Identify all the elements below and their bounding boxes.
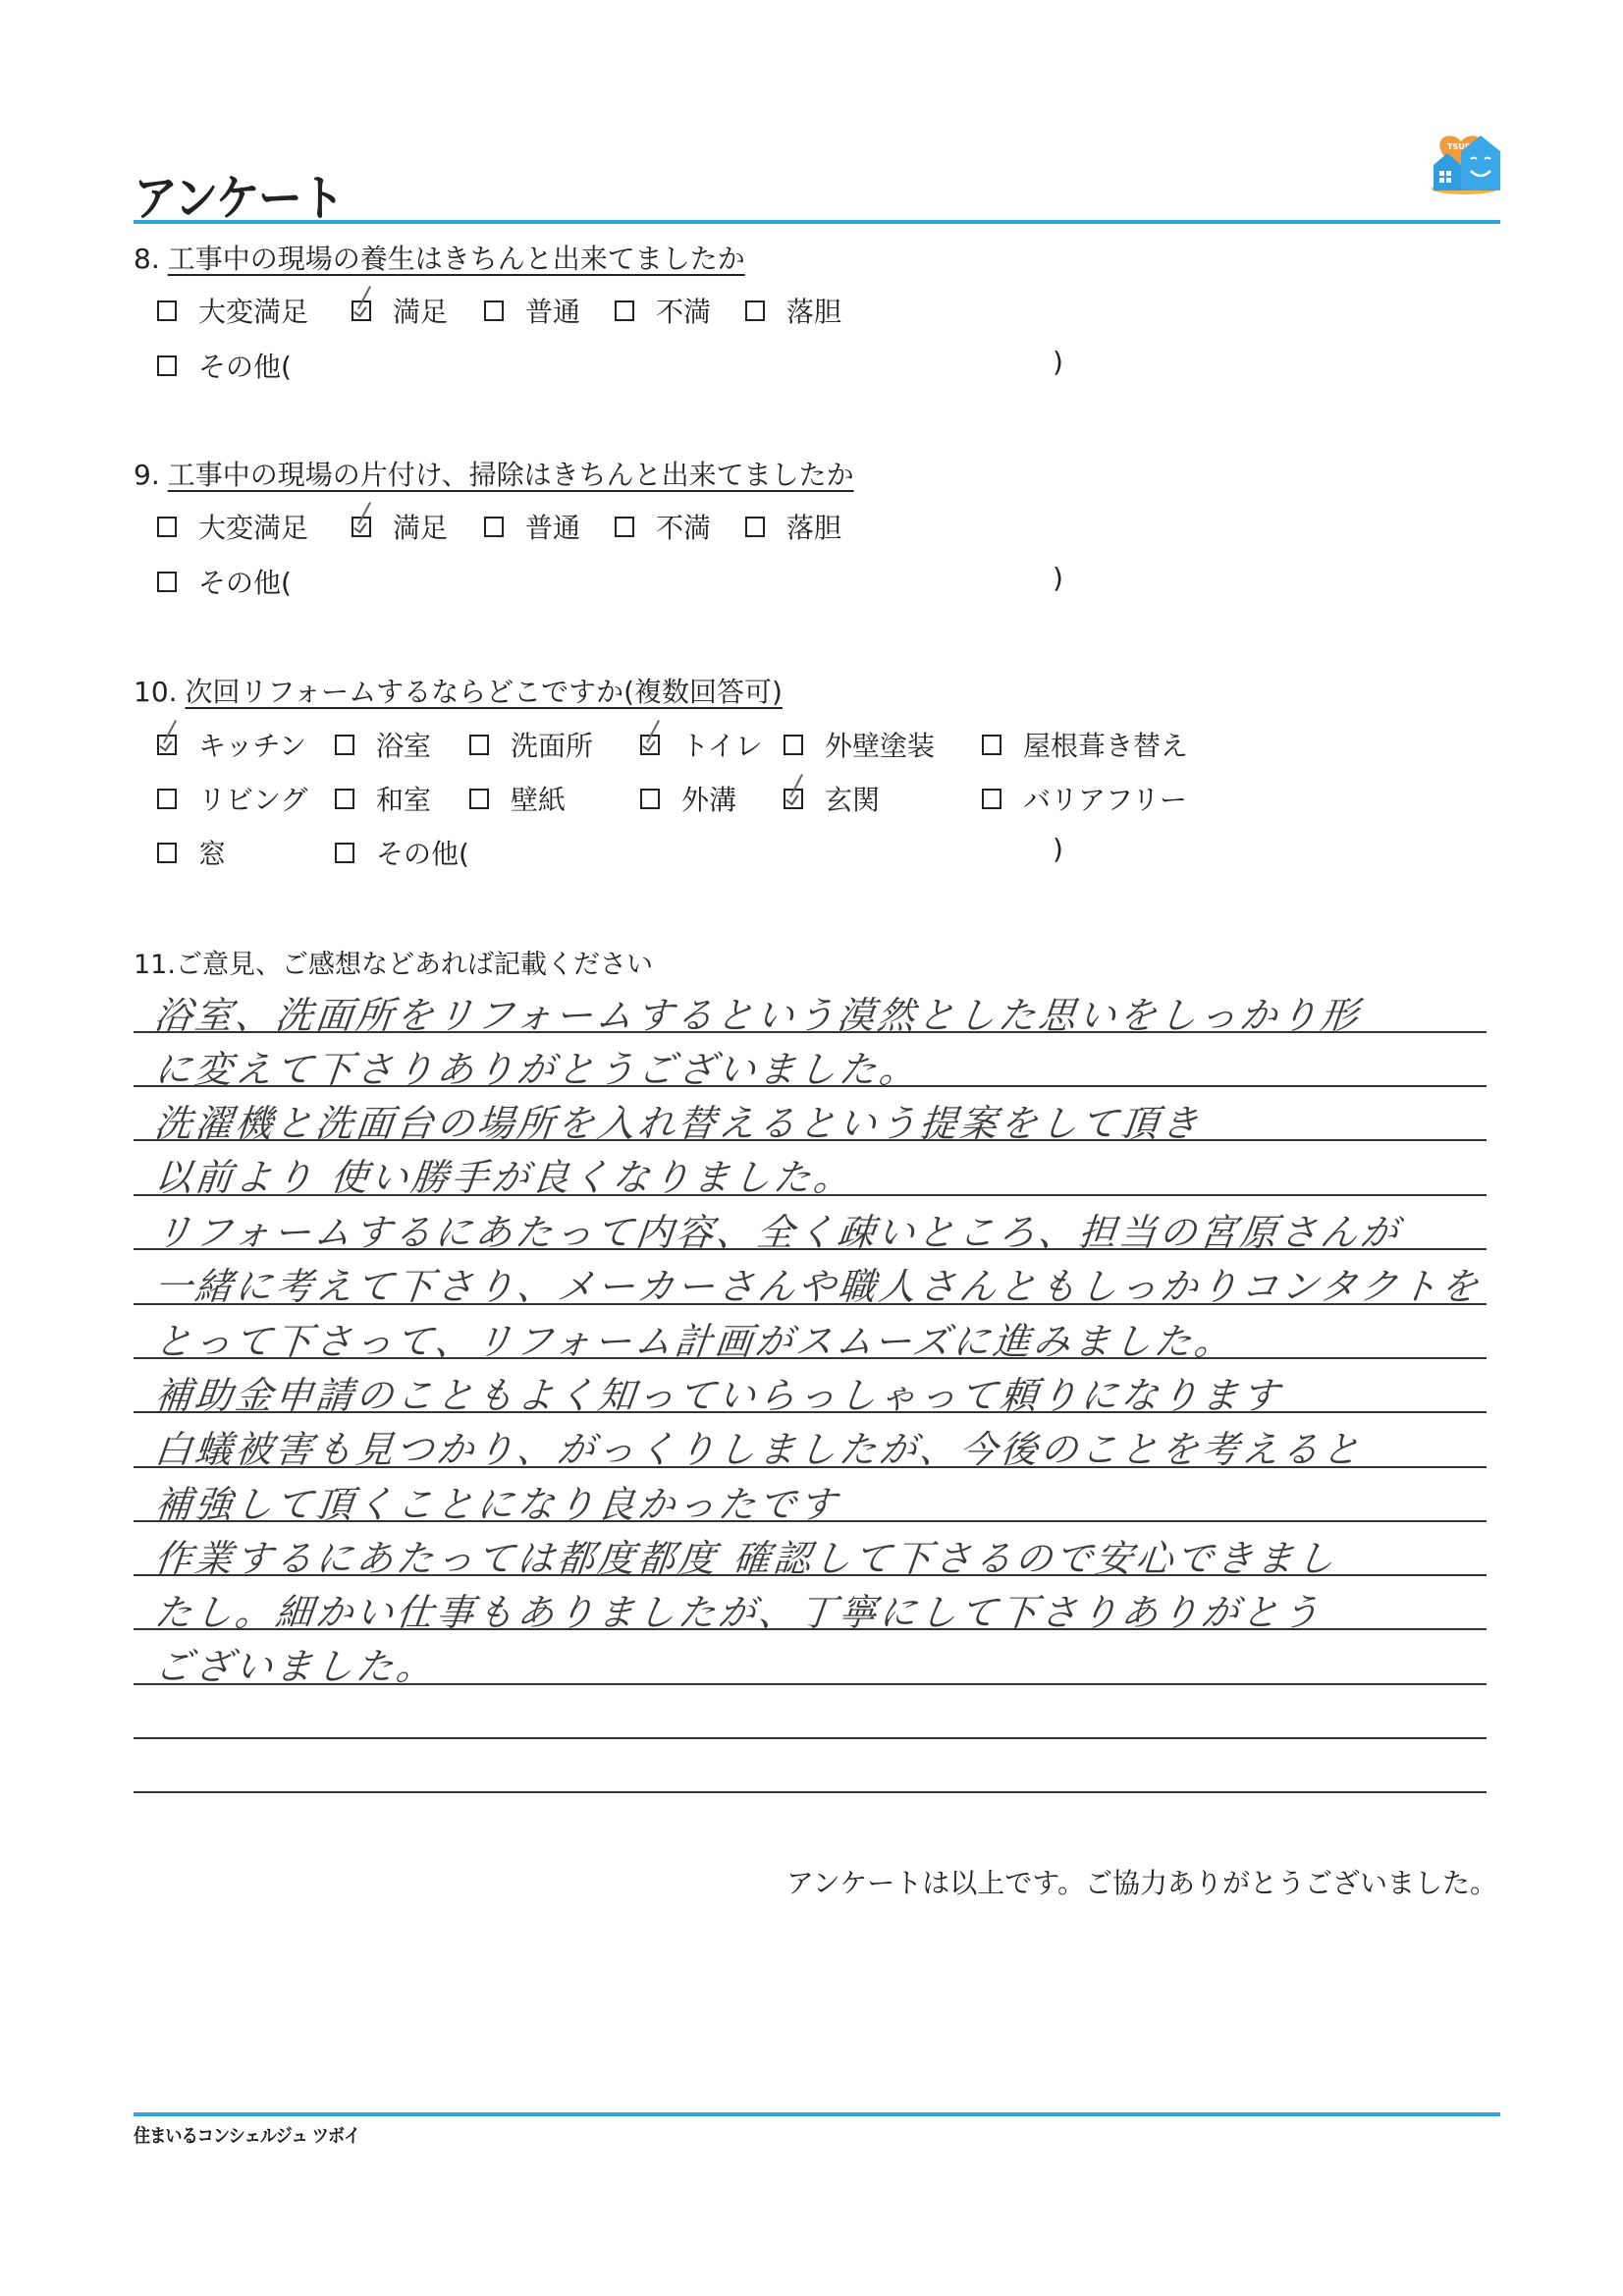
- option-label: 落胆: [786, 507, 841, 546]
- option-window[interactable]: 窓: [157, 833, 226, 872]
- handwritten-line: 以前より 使い勝手が良くなりました。: [152, 1147, 857, 1201]
- checkbox-checked[interactable]: [157, 735, 177, 755]
- option-wallpaper[interactable]: 壁紙: [469, 779, 566, 818]
- ruled-line: [134, 1628, 1487, 1630]
- ruled-line: [134, 1085, 1487, 1087]
- header-divider: [134, 220, 1500, 224]
- option-exterior-structure[interactable]: 外溝: [640, 779, 736, 818]
- checkbox[interactable]: [157, 843, 177, 863]
- checkbox-checked[interactable]: [352, 301, 371, 321]
- checkbox[interactable]: [157, 355, 177, 376]
- option-normal[interactable]: 普通: [484, 291, 580, 330]
- option-normal[interactable]: 普通: [484, 507, 580, 546]
- footer-divider: [134, 2112, 1500, 2116]
- option-satisfied[interactable]: 満足: [352, 291, 448, 330]
- ruled-line: [134, 1737, 1487, 1739]
- checkbox[interactable]: [982, 789, 1001, 809]
- checkbox[interactable]: [784, 735, 803, 755]
- question-number: 9.: [134, 459, 160, 491]
- option-exterior-paint[interactable]: 外壁塗装: [784, 725, 935, 764]
- ruled-line: [134, 1248, 1487, 1250]
- option-other[interactable]: その他(: [157, 562, 292, 601]
- question-8: 8.工事中の現場の養生はきちんと出来てましたか: [134, 238, 745, 277]
- option-label: 浴室: [376, 725, 431, 764]
- option-label: 壁紙: [511, 779, 566, 818]
- option-dissatisfied[interactable]: 不満: [615, 507, 711, 546]
- option-disappointed[interactable]: 落胆: [745, 507, 841, 546]
- question-11: 11.ご意見、ご感想などあれば記載ください: [134, 943, 653, 981]
- option-label: その他(: [376, 833, 469, 872]
- option-label: 不満: [656, 507, 711, 546]
- option-label: 大変満足: [198, 507, 308, 546]
- question-text: 工事中の現場の片付け、掃除はきちんと出来てましたか: [168, 459, 854, 491]
- handwritten-line: 一緒に考えて下さり、メーカーさんや職人さんともしっかりコンタクトを: [152, 1256, 1485, 1310]
- checkbox[interactable]: [745, 517, 765, 537]
- ruled-line: [134, 1574, 1487, 1576]
- option-label: 外溝: [681, 779, 736, 818]
- option-label: 屋根葺き替え: [1023, 725, 1188, 764]
- option-bathroom[interactable]: 浴室: [335, 725, 431, 764]
- ruled-line: [134, 1031, 1487, 1033]
- option-label: バリアフリー: [1023, 779, 1187, 818]
- question-text: ご意見、ご感想などあれば記載ください: [176, 950, 653, 980]
- other-paren-close: ): [1053, 562, 1063, 594]
- checkbox[interactable]: [157, 301, 177, 321]
- checkbox[interactable]: [469, 789, 489, 809]
- other-paren-close: ): [1053, 833, 1063, 865]
- checkbox[interactable]: [640, 789, 660, 809]
- option-label: トイレ: [681, 725, 763, 764]
- question-number: 11.: [134, 950, 176, 980]
- house-smile-logo-icon: TSUBOI: [1422, 128, 1508, 198]
- option-living[interactable]: リビング: [157, 779, 307, 818]
- option-label: 普通: [525, 507, 580, 546]
- option-label: キッチン: [198, 725, 306, 764]
- checkbox[interactable]: [335, 735, 354, 755]
- checkbox[interactable]: [615, 517, 634, 537]
- ruled-line: [134, 1791, 1487, 1793]
- checkbox[interactable]: [335, 843, 354, 863]
- option-label: 玄関: [825, 779, 880, 818]
- closing-message: アンケートは以上です。ご協力ありがとうございました。: [786, 1862, 1497, 1901]
- checkbox-checked[interactable]: [640, 735, 660, 755]
- checkbox[interactable]: [335, 789, 354, 809]
- option-label: 外壁塗装: [825, 725, 935, 764]
- handwritten-line: 白蟻被害も見つかり、がっくりしましたが、今後のことを考えると: [152, 1419, 1366, 1473]
- checkbox-checked[interactable]: [784, 789, 803, 809]
- option-kitchen[interactable]: キッチン: [157, 725, 306, 764]
- option-label: 満足: [393, 291, 448, 330]
- option-label: その他(: [198, 562, 292, 601]
- option-other[interactable]: その他(: [335, 833, 469, 872]
- option-very-satisfied[interactable]: 大変満足: [157, 507, 308, 546]
- option-label: 不満: [656, 291, 711, 330]
- question-text: 次回リフォームするならどこですか(複数回答可): [186, 676, 783, 708]
- ruled-line: [134, 1194, 1487, 1196]
- question-number: 8.: [134, 243, 160, 275]
- question-number: 10.: [134, 676, 178, 708]
- question-text: 工事中の現場の養生はきちんと出来てましたか: [168, 243, 745, 275]
- option-disappointed[interactable]: 落胆: [745, 291, 841, 330]
- option-roof-replacement[interactable]: 屋根葺き替え: [982, 725, 1188, 764]
- option-japanese-room[interactable]: 和室: [335, 779, 431, 818]
- ruled-line: [134, 1411, 1487, 1413]
- option-satisfied[interactable]: 満足: [352, 507, 448, 546]
- handwritten-line: ございました。: [152, 1636, 440, 1690]
- other-paren-close: ): [1053, 346, 1063, 378]
- option-toilet[interactable]: トイレ: [640, 725, 763, 764]
- option-washroom[interactable]: 洗面所: [469, 725, 593, 764]
- option-label: 普通: [525, 291, 580, 330]
- option-label: リビング: [198, 779, 307, 818]
- option-label: 大変満足: [198, 291, 308, 330]
- ruled-line: [134, 1139, 1487, 1141]
- option-dissatisfied[interactable]: 不満: [615, 291, 711, 330]
- ruled-line: [134, 1303, 1487, 1305]
- checkbox[interactable]: [157, 789, 177, 809]
- option-label: その他(: [198, 346, 292, 385]
- checkbox[interactable]: [745, 301, 765, 321]
- option-label: 満足: [393, 507, 448, 546]
- option-other[interactable]: その他(: [157, 346, 292, 385]
- ruled-line: [134, 1357, 1487, 1359]
- option-barrier-free[interactable]: バリアフリー: [982, 779, 1187, 818]
- footer-company-name: 住まいるコンシェルジュ ツボイ: [134, 2121, 359, 2148]
- checkbox[interactable]: [615, 301, 634, 321]
- checkbox[interactable]: [484, 301, 504, 321]
- option-label: 落胆: [786, 291, 841, 330]
- ruled-line: [134, 1466, 1487, 1468]
- checkbox[interactable]: [469, 735, 489, 755]
- checkbox[interactable]: [157, 517, 177, 537]
- question-9: 9.工事中の現場の片付け、掃除はきちんと出来てましたか: [134, 454, 854, 493]
- checkbox[interactable]: [157, 572, 177, 592]
- option-label: 和室: [376, 779, 431, 818]
- option-label: 洗面所: [511, 725, 593, 764]
- option-entrance[interactable]: 玄関: [784, 779, 880, 818]
- option-label: 窓: [198, 833, 226, 872]
- checkbox[interactable]: [484, 517, 504, 537]
- checkbox-checked[interactable]: [352, 517, 371, 537]
- question-10: 10.次回リフォームするならどこですか(複数回答可): [134, 671, 783, 710]
- option-very-satisfied[interactable]: 大変満足: [157, 291, 308, 330]
- ruled-line: [134, 1520, 1487, 1522]
- ruled-line: [134, 1683, 1487, 1685]
- checkbox[interactable]: [982, 735, 1001, 755]
